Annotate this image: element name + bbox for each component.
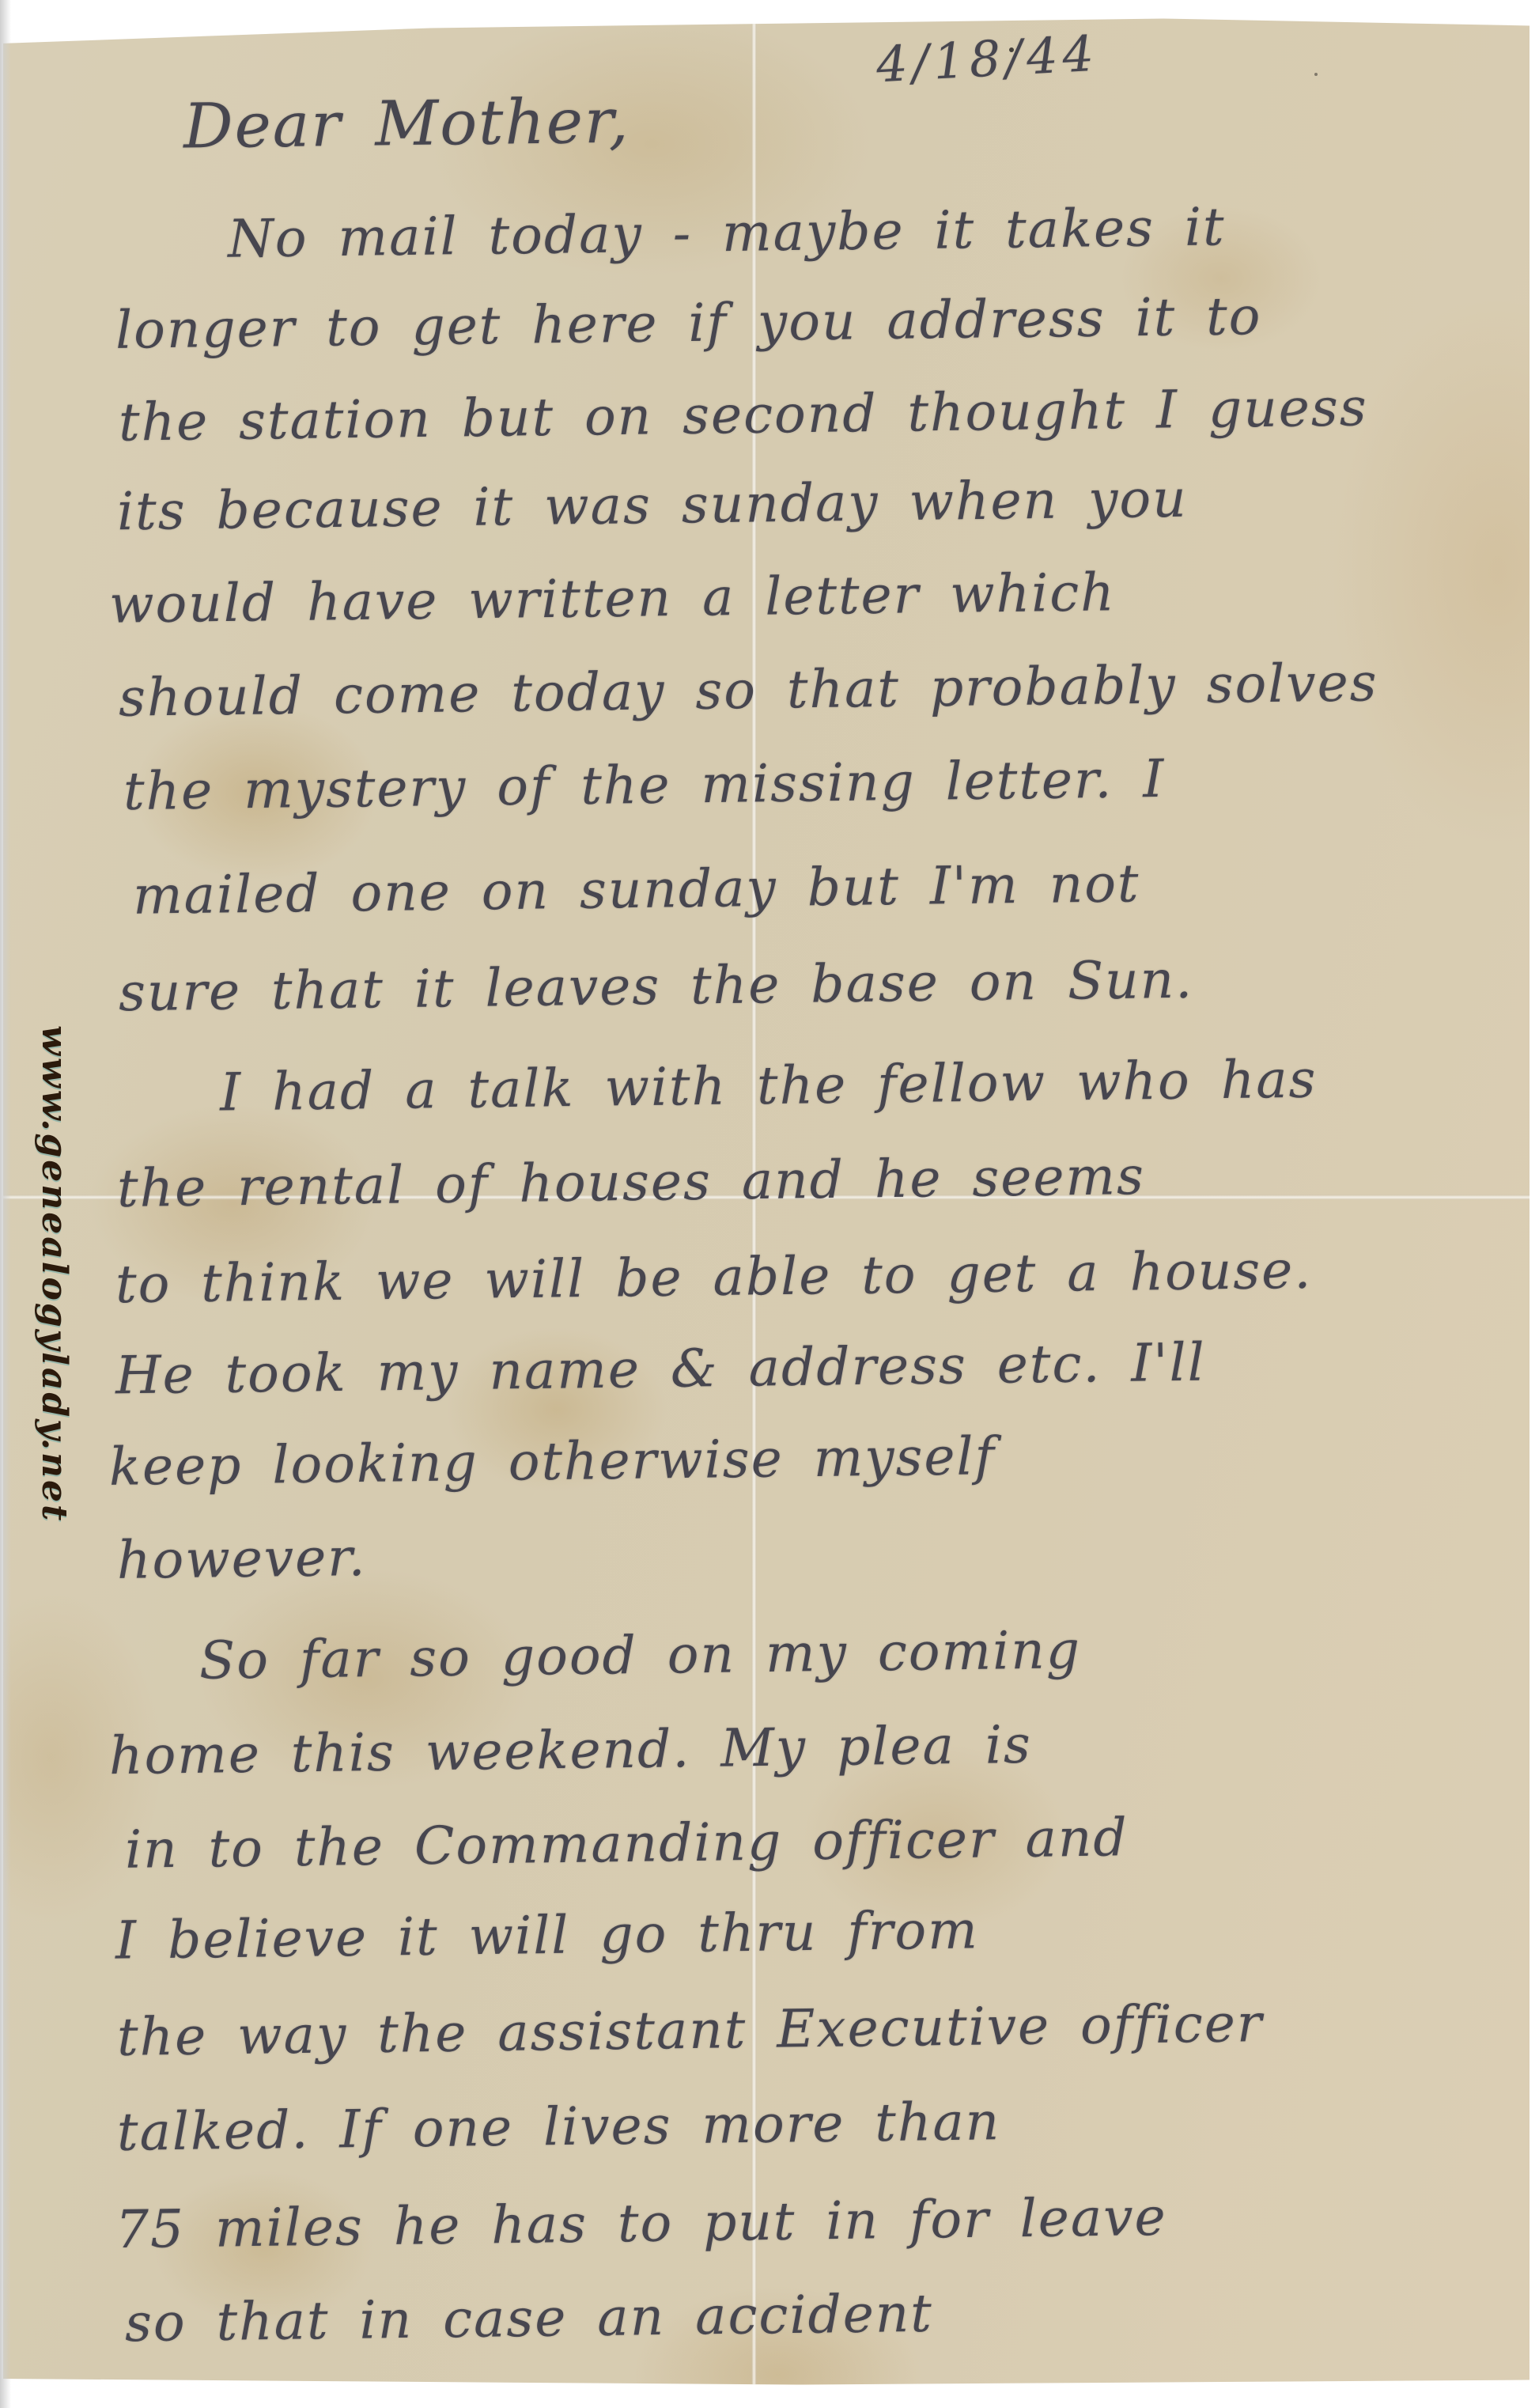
handwriting-line: the mystery of the missing letter. I bbox=[123, 753, 1166, 818]
handwriting-line: I believe it will go thru from bbox=[115, 1904, 979, 1967]
handwriting-line: longer to get here if you address it to bbox=[115, 290, 1262, 357]
handwriting-line: its because it was sunday when you bbox=[117, 473, 1188, 539]
watermark-text: www.genealogylady.net bbox=[34, 1025, 74, 1523]
handwriting-line: He took my name & address etc. I'll bbox=[115, 1337, 1206, 1403]
handwriting-line: keep looking otherwise myself bbox=[109, 1430, 996, 1494]
handwriting-line: the way the assistant Executive officer bbox=[117, 1997, 1264, 2064]
dust-speck bbox=[1314, 73, 1318, 76]
handwriting-line: the rental of houses and he seems bbox=[117, 1150, 1146, 1215]
handwriting-line: in to the Commanding officer and bbox=[125, 1812, 1129, 1876]
letter-date: 4/18/44 bbox=[875, 29, 1100, 90]
handwriting-line: to think we will be able to get a house. bbox=[115, 1244, 1313, 1311]
handwriting-line: would have written a letter which bbox=[109, 566, 1116, 631]
scanner-edge-shadow bbox=[0, 0, 11, 2408]
handwriting-line: should come today so that probably solve… bbox=[119, 657, 1378, 724]
handwriting-line: however. bbox=[117, 1532, 367, 1587]
handwriting-line: talked. If one lives more than bbox=[117, 2096, 1001, 2159]
handwriting-line: No mail today - maybe it takes it bbox=[228, 201, 1226, 265]
handwriting-line: home this weekend. My plea is bbox=[109, 1719, 1033, 1782]
handwriting-line: so that in case an accident bbox=[125, 2288, 934, 2349]
scanned-letter-page: www.genealogylady.net 4/18/44 Dear Mothe… bbox=[0, 0, 1539, 2408]
handwriting-line: the station but on second thought I gues… bbox=[119, 381, 1368, 449]
letter-greeting: Dear Mother, bbox=[183, 91, 630, 158]
handwriting-line: mailed one on sunday but I'm not bbox=[133, 858, 1140, 922]
handwriting-line: So far so good on my coming bbox=[199, 1624, 1082, 1687]
handwriting-line: I had a talk with the fellow who has bbox=[220, 1054, 1318, 1119]
handwriting-line: sure that it leaves the base on Sun. bbox=[119, 954, 1194, 1020]
handwriting-line: 75 miles he has to put in for leave bbox=[115, 2191, 1167, 2256]
